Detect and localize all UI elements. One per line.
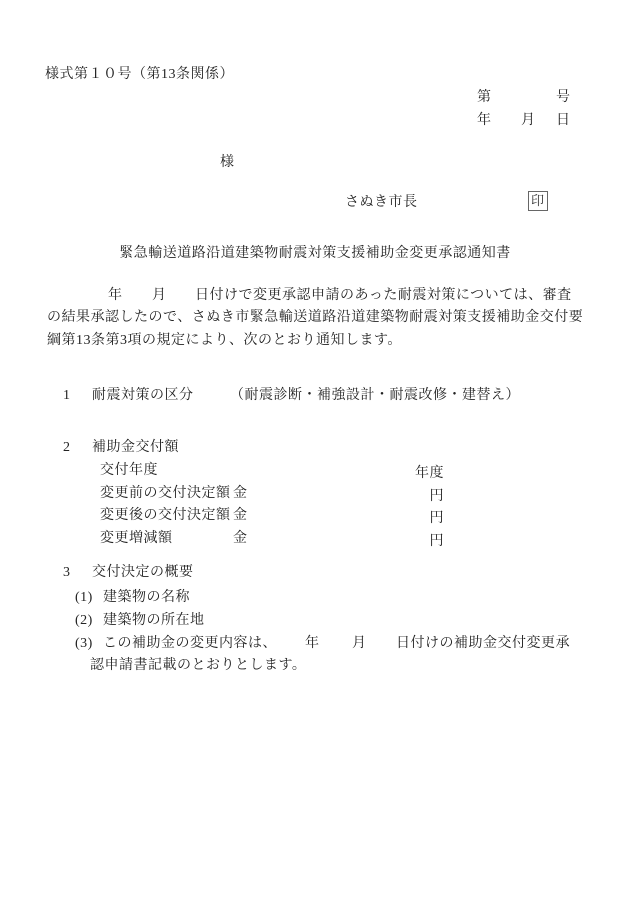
row-label: 変更前の交付決定額 (100, 485, 231, 502)
date-day-label: 日 (556, 112, 571, 129)
document-page: 様式第１０号（第13条関係） 第 号 年 月 日 様 さぬき市長 印 緊急輸送道… (0, 0, 630, 915)
row-suffix: 年度 (369, 462, 444, 482)
seal-mark: 印 (528, 191, 548, 211)
row-currency-prefix: 金 (233, 530, 248, 547)
addressee-honorific: 様 (220, 154, 235, 171)
item-number: (3) (75, 635, 93, 652)
date-year-label: 年 (477, 112, 492, 129)
issuer-name: さぬき市長 (345, 194, 418, 211)
body-blank-year: 年 (108, 287, 123, 304)
form-number: 様式第１０号（第13条関係） (45, 66, 234, 83)
item-text: 建築物の所在地 (103, 612, 205, 629)
date-month-label: 月 (521, 112, 536, 129)
row-currency-prefix: 金 (233, 485, 248, 502)
section-1-number: 1 (63, 387, 71, 404)
doc-number-suffix: 号 (556, 89, 571, 106)
section-3-number: 3 (63, 564, 71, 581)
row-suffix: 円 (369, 507, 444, 527)
body-line1: 日付けで変更承認申請のあった耐震対策については、審査 (195, 287, 572, 304)
section-1-label: 耐震対策の区分 (92, 387, 194, 404)
row-suffix: 円 (369, 485, 444, 505)
item-text: 建築物の名称 (103, 589, 190, 606)
section-2-label: 補助金交付額 (92, 439, 179, 456)
body-blank-month: 月 (152, 287, 167, 304)
body-line2: の結果承認したので、さぬき市緊急輸送道路沿道建築物耐震対策支援補助金交付要 (47, 309, 583, 326)
doc-number-prefix: 第 (477, 89, 492, 106)
body-line3: 綱第13条第3項の規定により、次のとおり通知します。 (47, 332, 402, 349)
item-number: (1) (75, 589, 93, 606)
row-label: 変更後の交付決定額 (100, 507, 231, 524)
section-2-number: 2 (63, 439, 71, 456)
item-blank-month: 月 (352, 635, 367, 652)
section-1-options: （耐震診断・補強設計・耐震改修・建替え） (230, 387, 520, 404)
row-label: 変更増減額 (100, 530, 173, 547)
item-number: (2) (75, 612, 93, 629)
item-text-after: 日付けの補助金交付変更承 (396, 635, 570, 652)
item-text-continuation: 認申請書記載のとおりとします。 (90, 657, 306, 674)
row-currency-prefix: 金 (233, 507, 248, 524)
section-3-label: 交付決定の概要 (92, 564, 194, 581)
document-title: 緊急輸送道路沿道建築物耐震対策支援補助金変更承認通知書 (0, 242, 630, 262)
item-blank-year: 年 (305, 635, 320, 652)
row-label: 交付年度 (100, 462, 158, 479)
item-text-before: この補助金の変更内容は、 (103, 635, 277, 652)
row-suffix: 円 (369, 530, 444, 550)
